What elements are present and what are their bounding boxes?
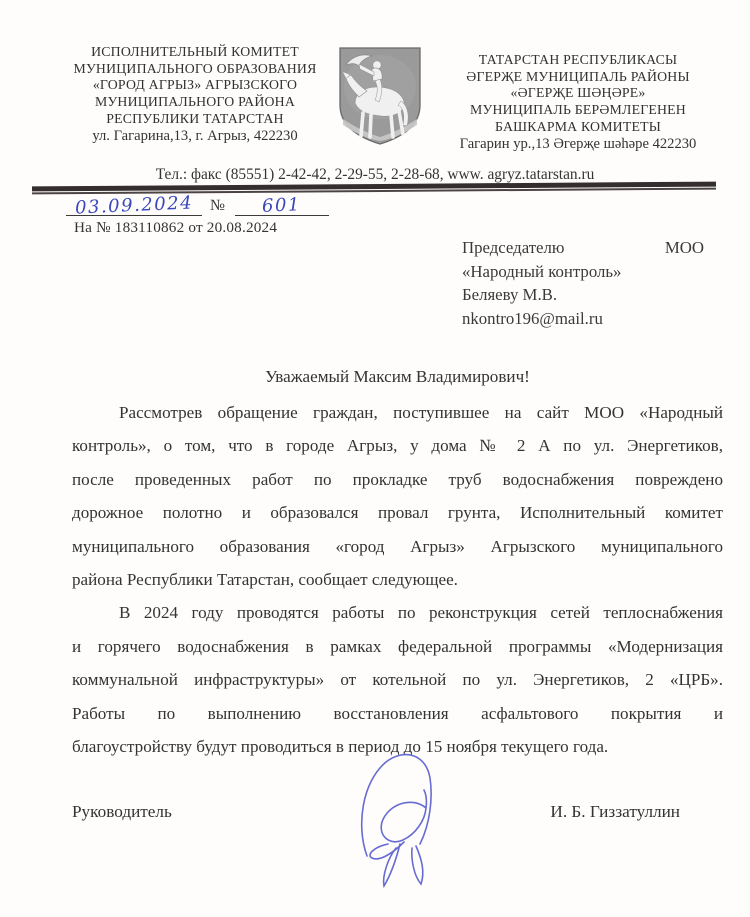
coat-of-arms-shield	[335, 45, 425, 147]
letterhead-line: РЕСПУБЛИКИ ТАТАРСТАН	[48, 111, 342, 128]
body-line: Работы по выполнению восстановления асфа…	[72, 697, 723, 730]
handwritten-number-field: 601	[235, 194, 329, 216]
handwritten-date-field: 03.09.2024	[66, 194, 202, 216]
letterhead-line: МУНИЦИПАЛЬ БЕРӘМЛЕГЕНЕН	[446, 102, 710, 119]
body-line: контроль», о том, что в городе Агрыз, у …	[72, 429, 723, 462]
letterhead-line: МУНИЦИПАЛЬНОГО РАЙОНА	[48, 94, 342, 111]
letter-page: ИСПОЛНИТЕЛЬНЫЙ КОМИТЕТ МУНИЦИПАЛЬНОГО ОБ…	[0, 0, 750, 917]
letterhead-line: ТАТАРСТАН РЕСПУБЛИКАСЫ	[446, 52, 710, 69]
number-sign: №	[210, 197, 225, 216]
letterhead-line: МУНИЦИПАЛЬНОГО ОБРАЗОВАНИЯ	[48, 61, 342, 78]
addressee-block: Председателю МОО «Народный контроль» Бел…	[462, 236, 704, 330]
letterhead-line: ИСПОЛНИТЕЛЬНЫЙ КОМИТЕТ	[48, 44, 342, 61]
handwritten-date: 03.09.2024	[75, 192, 194, 218]
signature-scribble-icon	[342, 748, 482, 893]
signature-name: И. Б. Гиззатуллин	[550, 802, 680, 822]
body-line: В 2024 году проводятся работы по реконст…	[72, 596, 723, 629]
reply-reference-line: На № 183110862 от 20.08.2024	[66, 219, 386, 237]
body-line: и горячего водоснабжения в рамках федера…	[72, 630, 723, 663]
addressee-email: nkontro196@mail.ru	[462, 307, 704, 331]
letterhead-line: «ГОРОД АГРЫЗ» АГРЫЗСКОГО	[48, 77, 342, 94]
addressee-line: Председателю МОО	[462, 236, 704, 260]
body-line: после проведенных работ по прокладке тру…	[72, 463, 723, 496]
letter-body: Уважаемый Максим Владимирович! Рассмотре…	[72, 360, 723, 763]
body-line: Рассмотрев обращение граждан, поступивше…	[72, 396, 723, 429]
addressee-role: Председателю	[462, 236, 564, 260]
letterhead-line: ӘГЕРҖЕ МУНИЦИПАЛЬ РАЙОНЫ	[446, 69, 710, 86]
body-line: муниципального образования «город Агрыз»…	[72, 530, 723, 563]
handwritten-number: 601	[262, 194, 302, 217]
letterhead-line: БАШКАРМА КОМИТЕТЫ	[446, 119, 710, 136]
salutation: Уважаемый Максим Владимирович!	[72, 360, 723, 394]
addressee-person: Беляеву М.В.	[462, 283, 704, 307]
addressee-org: «Народный контроль»	[462, 260, 704, 284]
outgoing-number-row: 03.09.2024 № 601	[66, 194, 386, 216]
body-line: дорожное полотно и образовался провал гр…	[72, 496, 723, 529]
letterhead-tatar-block: ТАТАРСТАН РЕСПУБЛИКАСЫ ӘГЕРҖЕ МУНИЦИПАЛЬ…	[446, 52, 710, 152]
body-line: коммунальной инфраструктуры» от котельно…	[72, 663, 723, 696]
letterhead-russian-block: ИСПОЛНИТЕЛЬНЫЙ КОМИТЕТ МУНИЦИПАЛЬНОГО ОБ…	[48, 44, 342, 144]
addressee-org-abbrev: МОО	[665, 236, 704, 260]
letterhead-address: Гагарин ур.,13 Әгерҗе шәһәре 422230	[446, 136, 710, 153]
signature-title: Руководитель	[72, 802, 172, 822]
letterhead-line: «ӘГЕРҖЕ ШӘҢӘРЕ»	[446, 85, 710, 102]
letterhead-address: ул. Гагарина,13, г. Агрыз, 422230	[48, 128, 342, 145]
coat-of-arms-icon	[335, 45, 425, 147]
reference-block: 03.09.2024 № 601 На № 183110862 от 20.08…	[66, 194, 386, 237]
body-line: района Республики Татарстан, сообщает сл…	[72, 563, 723, 596]
